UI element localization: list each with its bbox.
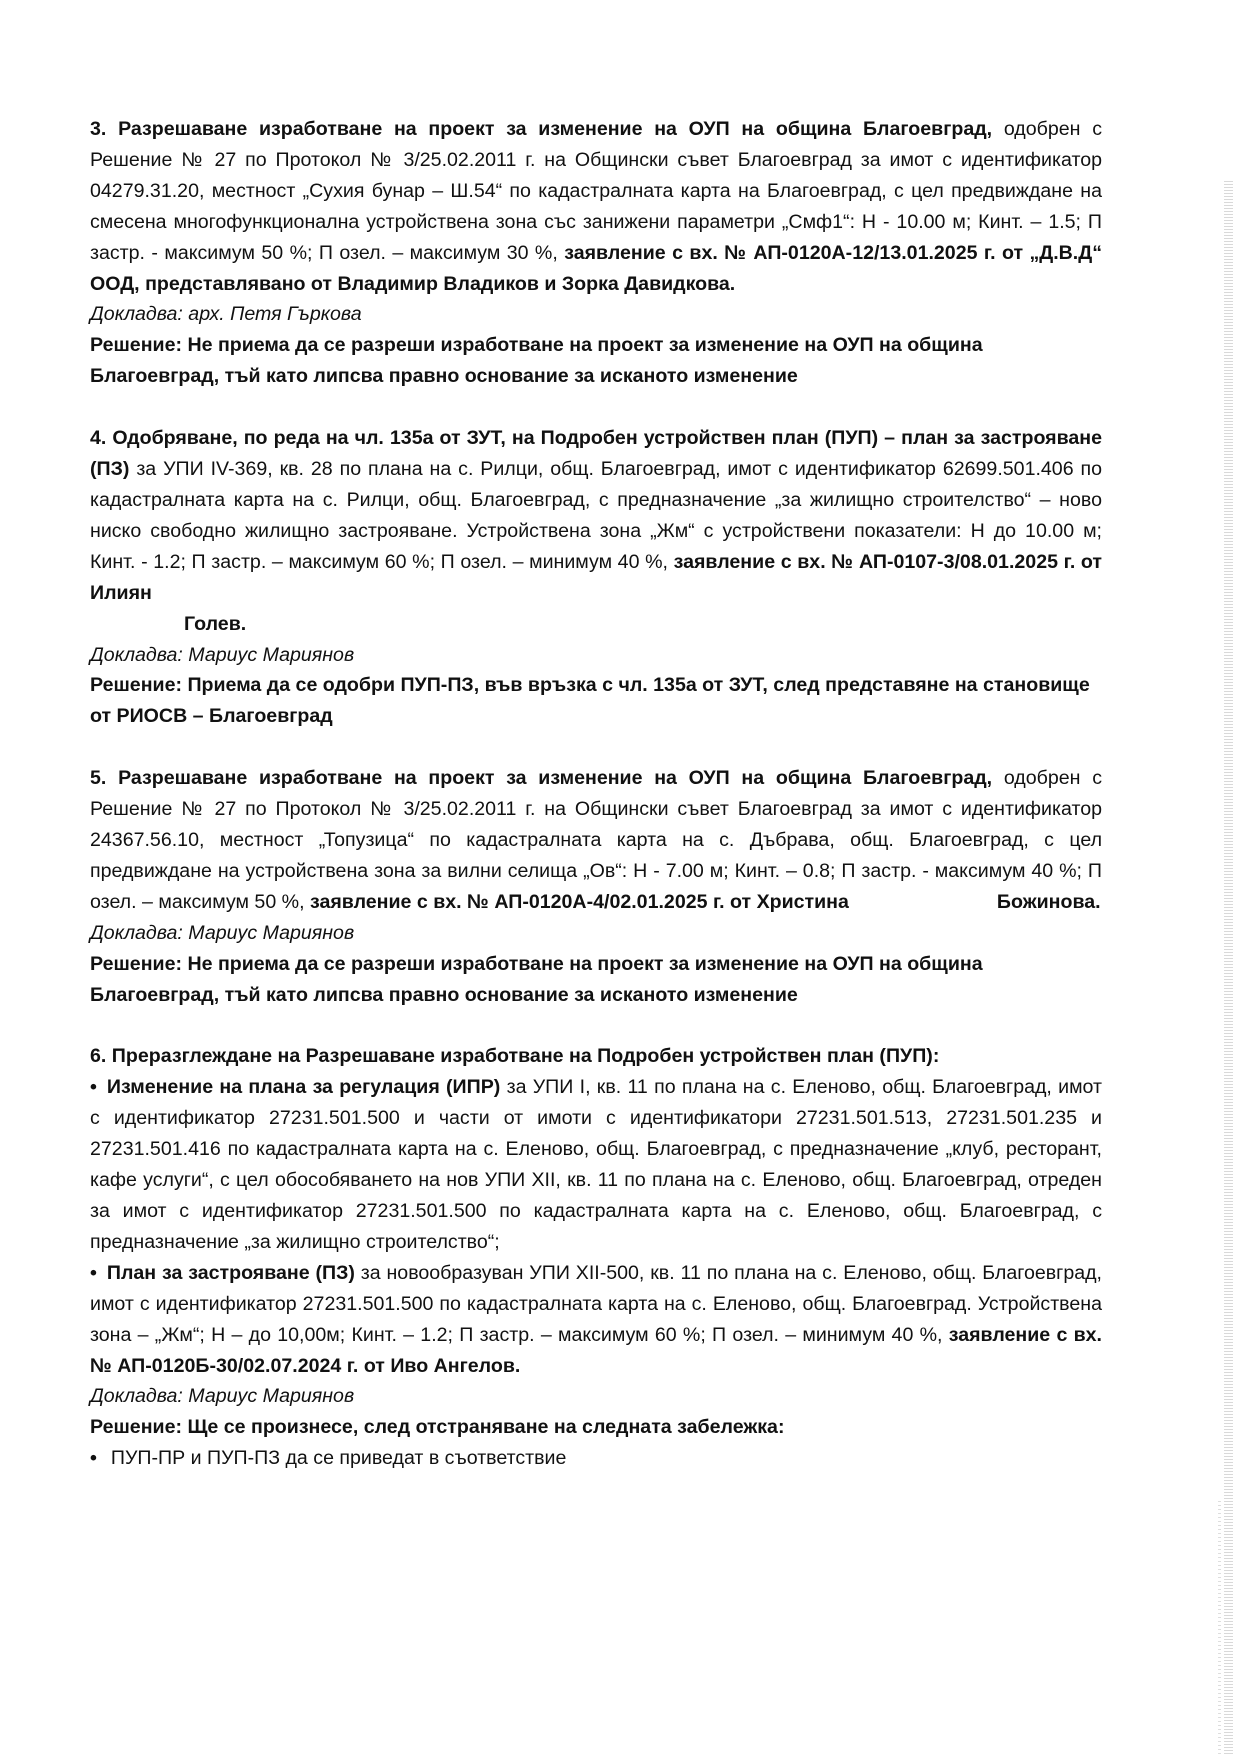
item-decision: Решение: Не приема да се разреши изработ…	[90, 949, 1102, 1011]
item-4-text: 4. Одобряване, по реда на чл. 135а от ЗУ…	[90, 423, 1102, 608]
bullet-icon: •	[90, 1076, 97, 1098]
item-5-text: 5. Разрешаване изработване на проект за …	[90, 763, 1102, 918]
bullet-icon: •	[90, 1447, 97, 1469]
applicant-surname: Божинова.	[997, 887, 1101, 918]
item-number: 6.	[90, 1045, 106, 1067]
bullet-item-ipr: •Изменение на плана за регулация (ИПР) з…	[90, 1072, 1102, 1257]
note-text: ПУП-ПР и ПУП-ПЗ да се приведат в съответ…	[111, 1447, 567, 1469]
item-title: Преразглеждане на Разрешаване изработван…	[112, 1045, 940, 1067]
item-reporter: Докладва: Мариус Мариянов	[90, 640, 1102, 671]
bullet-icon: •	[90, 1262, 97, 1284]
item-application-tail: Голев.	[90, 609, 1102, 640]
agenda-item-5: 5. Разрешаване изработване на проект за …	[90, 763, 1102, 1010]
item-title: Разрешаване изработване на проект за изм…	[118, 767, 992, 789]
bullet-item-pz: •План за застрояване (ПЗ) за новообразув…	[90, 1258, 1102, 1382]
item-reporter: Докладва: Мариус Мариянов	[90, 918, 1102, 949]
item-decision: Решение: Приема да се одобри ПУП-ПЗ, във…	[90, 670, 1102, 732]
item-application: заявление с вх. № АП-0120А-4/02.01.2025 …	[310, 891, 849, 913]
agenda-item-6: 6. Преразглеждане на Разрешаване изработ…	[90, 1041, 1102, 1474]
item-reporter: Докладва: Мариус Мариянов	[90, 1381, 1102, 1412]
agenda-item-4: 4. Одобряване, по реда на чл. 135а от ЗУ…	[90, 423, 1102, 732]
agenda-item-3: 3. Разрешаване изработване на проект за …	[90, 114, 1102, 392]
applicant-surname: Голев.	[184, 613, 246, 635]
scan-edge-artifact	[1224, 180, 1233, 1754]
document-page: 3. Разрешаване изработване на проект за …	[90, 114, 1102, 1474]
item-number: 3.	[90, 118, 106, 140]
item-3-text: 3. Разрешаване изработване на проект за …	[90, 114, 1102, 299]
bullet-title: План за застрояване (ПЗ)	[107, 1262, 355, 1284]
item-title: Разрешаване изработване на проект за изм…	[118, 118, 992, 140]
item-reporter: Докладва: арх. Петя Гъркова	[90, 299, 1102, 330]
scan-edge-artifact	[1218, 1500, 1221, 1754]
item-6-heading: 6. Преразглеждане на Разрешаване изработ…	[90, 1041, 1102, 1072]
item-decision: Решение: Не приема да се разреши изработ…	[90, 330, 1102, 392]
item-number: 4.	[90, 427, 106, 449]
item-decision: Решение: Ще се произнесе, след отстраняв…	[90, 1412, 1102, 1443]
bullet-text: за УПИ I, кв. 11 по плана на с. Еленово,…	[90, 1076, 1102, 1253]
item-number: 5.	[90, 767, 106, 789]
decision-note: •ПУП-ПР и ПУП-ПЗ да се приведат в съотве…	[90, 1443, 1102, 1474]
bullet-title: Изменение на плана за регулация (ИПР)	[107, 1076, 500, 1098]
